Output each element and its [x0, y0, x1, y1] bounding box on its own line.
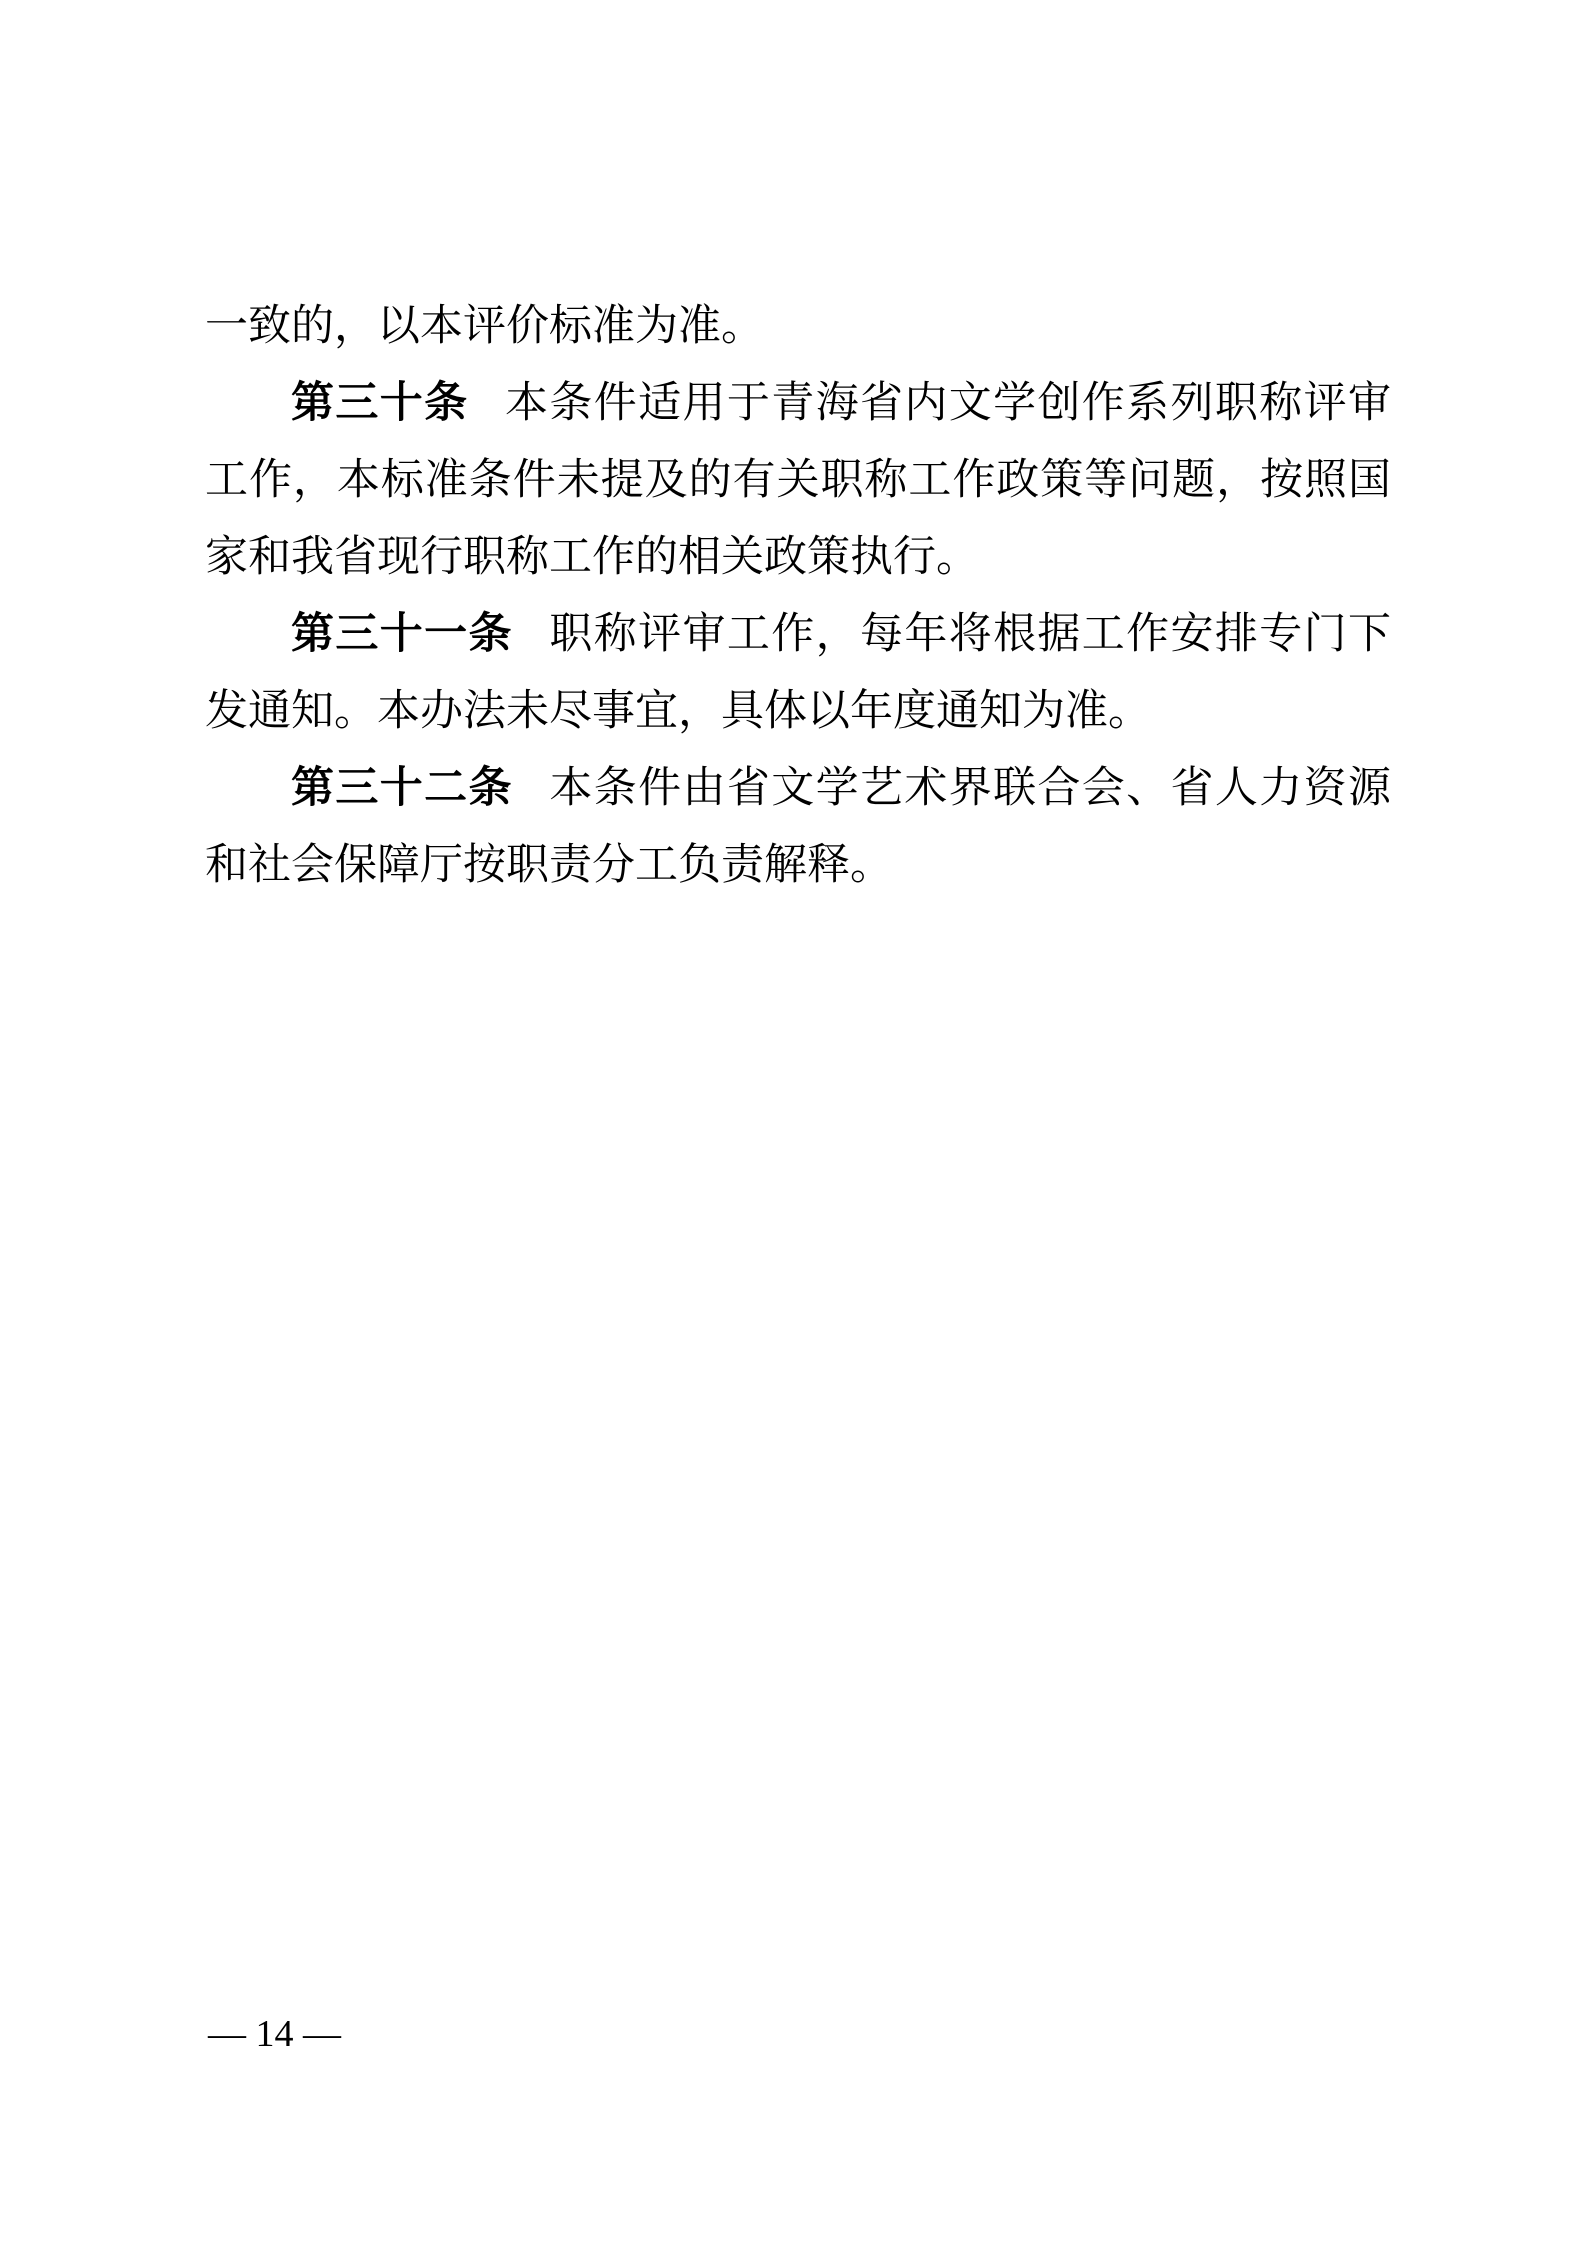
paragraph-article-30: 第三十条本条件适用于青海省内文学创作系列职称评审工作，本标准条件未提及的有关职称… [205, 365, 1391, 596]
paragraph-article-32: 第三十二条本条件由省文学艺术界联合会、省人力资源和社会保障厅按职责分工负责解释。 [205, 750, 1391, 904]
paragraph-article-31: 第三十一条职称评审工作，每年将根据工作安排专门下发通知。本办法未尽事宜，具体以年… [205, 596, 1391, 750]
document-body: 一致的，以本评价标准为准。 第三十条本条件适用于青海省内文学创作系列职称评审工作… [205, 288, 1391, 904]
page-footer: — 14 — [208, 2012, 341, 2056]
paragraph-continuation: 一致的，以本评价标准为准。 [205, 288, 1391, 365]
page-number: — 14 — [208, 2013, 341, 2055]
paragraph-text: 一致的，以本评价标准为准。 [205, 303, 764, 350]
document-page: 一致的，以本评价标准为准。 第三十条本条件适用于青海省内文学创作系列职称评审工作… [0, 0, 1587, 2245]
article-number-label: 第三十条 [291, 380, 468, 427]
article-number-label: 第三十二条 [291, 765, 513, 812]
article-number-label: 第三十一条 [291, 611, 513, 658]
